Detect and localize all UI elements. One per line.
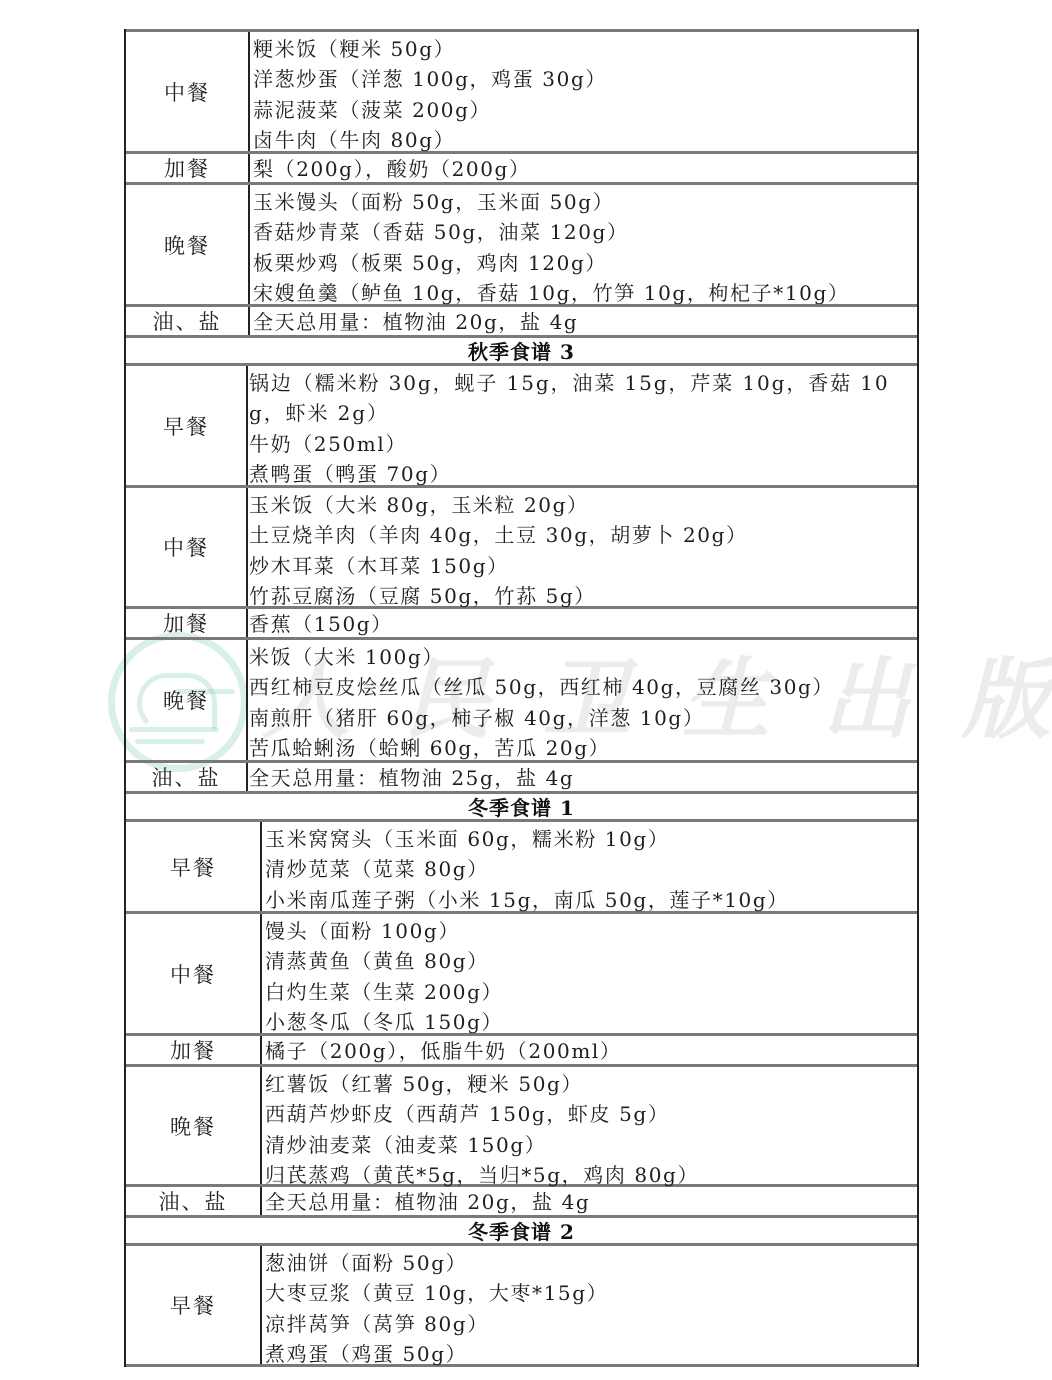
dish-item: 清炒油麦菜（油麦菜 150g） xyxy=(265,1130,917,1160)
meal-label: 早餐 xyxy=(126,1246,262,1364)
diet-table-continued: 中餐 粳米饭（粳米 50g） 洋葱炒蛋（洋葱 100g，鸡蛋 30g） 蒜泥菠菜… xyxy=(124,29,919,1367)
meal-items: 玉米窝窝头（玉米面 60g，糯米粉 10g） 清炒苋菜（苋菜 80g） 小米南瓜… xyxy=(262,822,917,911)
meal-row-dinner: 晚餐 玉米馒头（面粉 50g，玉米面 50g） 香菇炒青菜（香菇 50g，油菜 … xyxy=(126,182,917,304)
dish-item: 南煎肝（猪肝 60g，柿子椒 40g，洋葱 10g） xyxy=(249,703,917,733)
meal-label: 油、盐 xyxy=(126,763,248,791)
section-title-autumn-3: 秋季食谱 3 xyxy=(126,335,917,363)
dish-item: 锅边（糯米粉 30g，蚬子 15g，油菜 15g，芹菜 10g，香菇 10g，虾… xyxy=(249,368,917,429)
dish-item: 蒜泥菠菜（菠菜 200g） xyxy=(253,95,917,125)
dish-item: 炒木耳菜（木耳菜 150g） xyxy=(249,551,917,581)
meal-row-dinner: 晚餐 红薯饭（红薯 50g，粳米 50g） 西葫芦炒虾皮（西葫芦 150g，虾皮… xyxy=(126,1064,917,1184)
meal-label: 早餐 xyxy=(126,822,262,911)
dish-item: 葱油饼（面粉 50g） xyxy=(265,1248,917,1278)
meal-items: 全天总用量：植物油 20g，盐 4g xyxy=(250,307,917,335)
meal-items: 红薯饭（红薯 50g，粳米 50g） 西葫芦炒虾皮（西葫芦 150g，虾皮 5g… xyxy=(262,1067,917,1184)
section-title-winter-1: 冬季食谱 1 xyxy=(126,791,917,819)
meal-row-dinner: 晚餐 米饭（大米 100g） 西红柿豆皮烩丝瓜（丝瓜 50g，西红柿 40g，豆… xyxy=(126,637,917,760)
meal-items: 橘子（200g），低脂牛奶（200ml） xyxy=(262,1036,917,1064)
meal-items: 馒头（面粉 100g） 清蒸黄鱼（黄鱼 80g） 白灼生菜（生菜 200g） 小… xyxy=(262,914,917,1033)
dish-item: 卤牛肉（牛肉 80g） xyxy=(253,125,917,155)
meal-label: 中餐 xyxy=(126,488,248,606)
meal-label: 加餐 xyxy=(126,1036,262,1064)
dish-item: 大枣豆浆（黄豆 10g，大枣*15g） xyxy=(265,1278,917,1308)
meal-label: 油、盐 xyxy=(126,1187,262,1215)
meal-label: 晚餐 xyxy=(126,185,250,304)
meal-items: 玉米馒头（面粉 50g，玉米面 50g） 香菇炒青菜（香菇 50g，油菜 120… xyxy=(250,185,917,304)
meal-label: 中餐 xyxy=(126,32,250,151)
meal-row-lunch: 中餐 玉米饭（大米 80g，玉米粒 20g） 土豆烧羊肉（羊肉 40g，土豆 3… xyxy=(126,485,917,606)
document-page: 人民卫生出版社 中餐 粳米饭（粳米 50g） 洋葱炒蛋（洋葱 100g，鸡蛋 3… xyxy=(0,0,1052,1380)
dish-item: 小米南瓜莲子粥（小米 15g，南瓜 50g，莲子*10g） xyxy=(265,885,917,915)
meal-items: 粳米饭（粳米 50g） 洋葱炒蛋（洋葱 100g，鸡蛋 30g） 蒜泥菠菜（菠菜… xyxy=(250,32,917,151)
dish-item: 西葫芦炒虾皮（西葫芦 150g，虾皮 5g） xyxy=(265,1099,917,1129)
dish-item: 全天总用量：植物油 20g，盐 4g xyxy=(253,307,917,337)
meal-label: 加餐 xyxy=(126,154,250,182)
dish-item: 竹荪豆腐汤（豆腐 50g，竹荪 5g） xyxy=(249,581,917,611)
dish-item: 玉米窝窝头（玉米面 60g，糯米粉 10g） xyxy=(265,824,917,854)
meal-row-breakfast: 早餐 葱油饼（面粉 50g） 大枣豆浆（黄豆 10g，大枣*15g） 凉拌莴笋（… xyxy=(126,1243,917,1367)
meal-items: 全天总用量：植物油 20g，盐 4g xyxy=(262,1187,917,1215)
meal-row-lunch: 中餐 粳米饭（粳米 50g） 洋葱炒蛋（洋葱 100g，鸡蛋 30g） 蒜泥菠菜… xyxy=(126,29,917,151)
dish-item: 米饭（大米 100g） xyxy=(249,642,917,672)
meal-label: 油、盐 xyxy=(126,307,250,335)
dish-item: 牛奶（250ml） xyxy=(249,429,917,459)
meal-row-snack: 加餐 梨（200g），酸奶（200g） xyxy=(126,151,917,182)
dish-item: 白灼生菜（生菜 200g） xyxy=(265,977,917,1007)
dish-item: 宋嫂鱼羹（鲈鱼 10g，香菇 10g，竹笋 10g，枸杞子*10g） xyxy=(253,278,917,308)
dish-item: 归芪蒸鸡（黄芪*5g，当归*5g，鸡肉 80g） xyxy=(265,1160,917,1190)
dish-item: 红薯饭（红薯 50g，粳米 50g） xyxy=(265,1069,917,1099)
dish-item: 全天总用量：植物油 25g，盐 4g xyxy=(249,763,917,793)
dish-item: 煮鸡蛋（鸡蛋 50g） xyxy=(265,1339,917,1369)
meal-row-oil-salt: 油、盐 全天总用量：植物油 20g，盐 4g xyxy=(126,304,917,335)
meal-row-snack: 加餐 橘子（200g），低脂牛奶（200ml） xyxy=(126,1033,917,1064)
meal-items: 锅边（糯米粉 30g，蚬子 15g，油菜 15g，芹菜 10g，香菇 10g，虾… xyxy=(248,366,917,485)
dish-item: 香菇炒青菜（香菇 50g，油菜 120g） xyxy=(253,217,917,247)
dish-item: 梨（200g），酸奶（200g） xyxy=(253,154,917,184)
dish-item: 苦瓜蛤蜊汤（蛤蜊 60g，苦瓜 20g） xyxy=(249,733,917,763)
meal-row-breakfast: 早餐 锅边（糯米粉 30g，蚬子 15g，油菜 15g，芹菜 10g，香菇 10… xyxy=(126,363,917,485)
meal-label: 中餐 xyxy=(126,914,262,1033)
meal-label: 晚餐 xyxy=(126,640,248,760)
dish-item: 西红柿豆皮烩丝瓜（丝瓜 50g，西红柿 40g，豆腐丝 30g） xyxy=(249,672,917,702)
dish-item: 粳米饭（粳米 50g） xyxy=(253,34,917,64)
dish-item: 板栗炒鸡（板栗 50g，鸡肉 120g） xyxy=(253,248,917,278)
dish-item: 洋葱炒蛋（洋葱 100g，鸡蛋 30g） xyxy=(253,64,917,94)
meal-row-oil-salt: 油、盐 全天总用量：植物油 25g，盐 4g xyxy=(126,760,917,791)
meal-row-breakfast: 早餐 玉米窝窝头（玉米面 60g，糯米粉 10g） 清炒苋菜（苋菜 80g） 小… xyxy=(126,819,917,911)
meal-items: 米饭（大米 100g） 西红柿豆皮烩丝瓜（丝瓜 50g，西红柿 40g，豆腐丝 … xyxy=(248,640,917,760)
dish-item: 全天总用量：植物油 20g，盐 4g xyxy=(265,1187,917,1217)
meal-items: 梨（200g），酸奶（200g） xyxy=(250,154,917,182)
dish-item: 凉拌莴笋（莴笋 80g） xyxy=(265,1309,917,1339)
meal-items: 玉米饭（大米 80g，玉米粒 20g） 土豆烧羊肉（羊肉 40g，土豆 30g，… xyxy=(248,488,917,606)
dish-item: 小葱冬瓜（冬瓜 150g） xyxy=(265,1007,917,1037)
meal-items: 香蕉（150g） xyxy=(248,609,917,637)
dish-item: 清炒苋菜（苋菜 80g） xyxy=(265,854,917,884)
dish-item: 土豆烧羊肉（羊肉 40g，土豆 30g，胡萝卜 20g） xyxy=(249,520,917,550)
dish-item: 玉米馒头（面粉 50g，玉米面 50g） xyxy=(253,187,917,217)
meal-row-lunch: 中餐 馒头（面粉 100g） 清蒸黄鱼（黄鱼 80g） 白灼生菜（生菜 200g… xyxy=(126,911,917,1033)
meal-row-oil-salt: 油、盐 全天总用量：植物油 20g，盐 4g xyxy=(126,1184,917,1215)
dish-item: 香蕉（150g） xyxy=(249,609,917,639)
dish-item: 馒头（面粉 100g） xyxy=(265,916,917,946)
meal-items: 全天总用量：植物油 25g，盐 4g xyxy=(248,763,917,791)
meal-items: 葱油饼（面粉 50g） 大枣豆浆（黄豆 10g，大枣*15g） 凉拌莴笋（莴笋 … xyxy=(262,1246,917,1364)
meal-label: 加餐 xyxy=(126,609,248,637)
dish-item: 玉米饭（大米 80g，玉米粒 20g） xyxy=(249,490,917,520)
meal-row-snack: 加餐 香蕉（150g） xyxy=(126,606,917,637)
dish-item: 清蒸黄鱼（黄鱼 80g） xyxy=(265,946,917,976)
dish-item: 煮鸭蛋（鸭蛋 70g） xyxy=(249,459,917,489)
meal-label: 晚餐 xyxy=(126,1067,262,1184)
meal-label: 早餐 xyxy=(126,366,248,485)
section-title-winter-2: 冬季食谱 2 xyxy=(126,1215,917,1243)
dish-item: 橘子（200g），低脂牛奶（200ml） xyxy=(265,1036,917,1066)
